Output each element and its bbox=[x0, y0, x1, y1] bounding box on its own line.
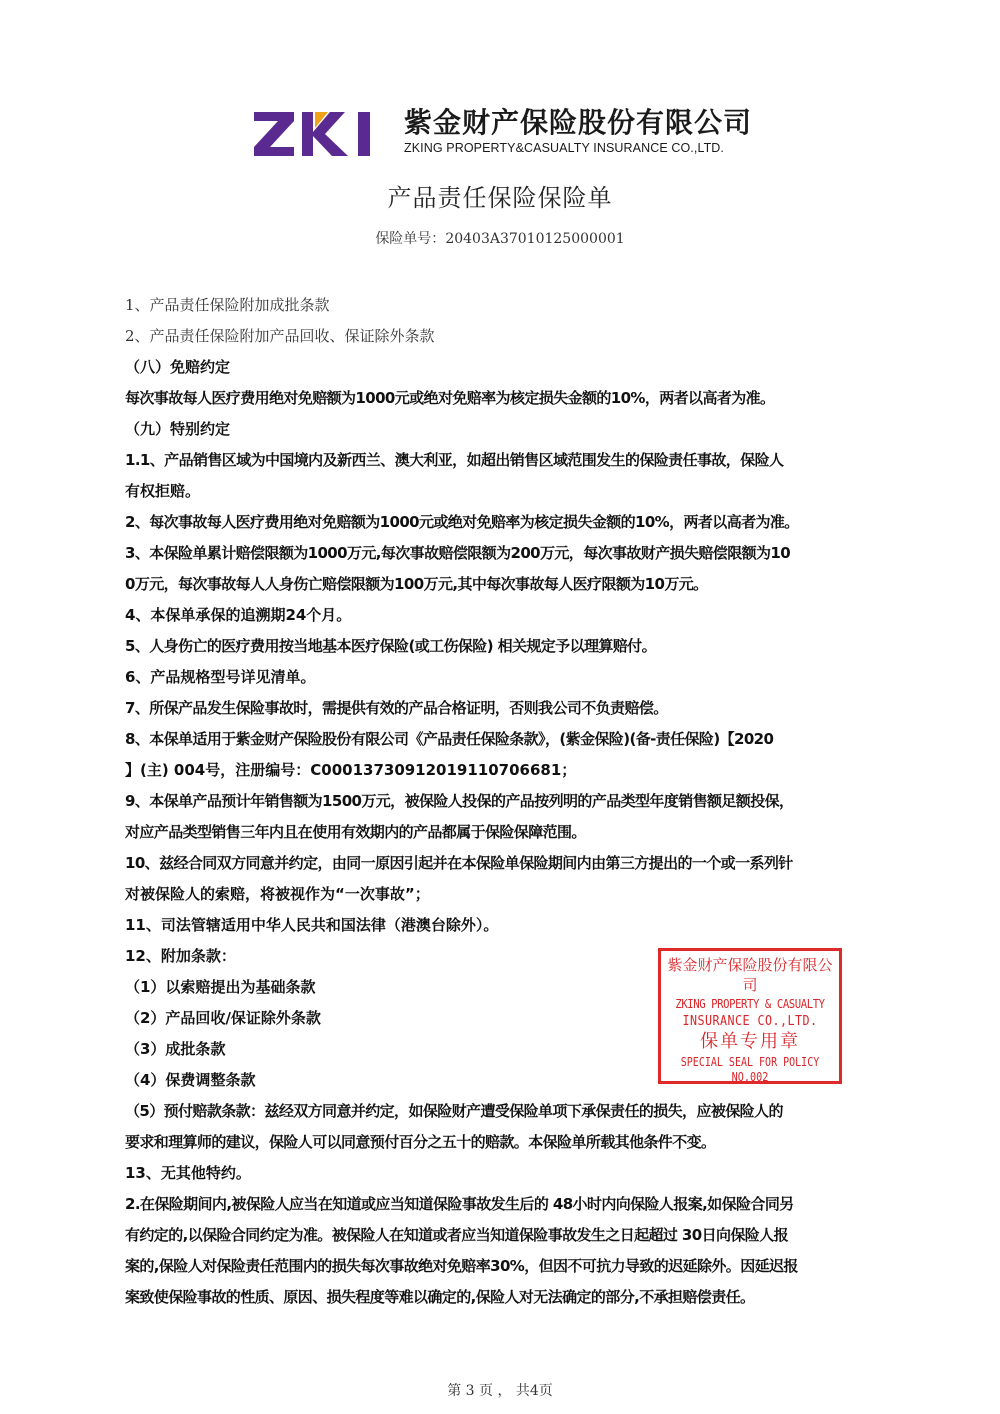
document-header: 紫金财产保险股份有限公司 ZKING PROPERTY&CASUALTY INS… bbox=[252, 108, 752, 160]
body-line: 0万元，每次事故每人人身伤亡赔偿限额为100万元,其中每次事故每人医疗限额为10… bbox=[125, 569, 910, 600]
body-line: 5、人身伤亡的医疗费用按当地基本医疗保险(或工伤保险) 相关规定予以理算赔付。 bbox=[125, 631, 910, 662]
body-line: 6、产品规格型号详见清单。 bbox=[125, 662, 910, 693]
body-line: 7、所保产品发生保险事故时，需提供有效的产品合格证明，否则我公司不负责赔偿。 bbox=[125, 693, 910, 724]
section-heading: （九）特别约定 bbox=[125, 414, 910, 445]
body-line: 有约定的,以保险合同约定为准。被保险人在知道或者应当知道保险事故发生之日起超过 … bbox=[125, 1220, 910, 1251]
body-line: 案致使保险事故的性质、原因、损失程度等难以确定的,保险人对无法确定的部分,不承担… bbox=[125, 1282, 910, 1313]
body-line: 对应产品类型销售三年内且在使用有效期内的产品都属于保险保障范围。 bbox=[125, 817, 910, 848]
company-name: 紫金财产保险股份有限公司 ZKING PROPERTY&CASUALTY INS… bbox=[404, 106, 764, 156]
stamp-company-cn: 紫金财产保险股份有限公司 bbox=[661, 955, 839, 995]
body-line: 1、产品责任保险附加成批条款 bbox=[125, 290, 910, 321]
body-line: 4、本保单承保的追溯期24个月。 bbox=[125, 600, 910, 631]
company-seal-stamp: 紫金财产保险股份有限公司 ZKING PROPERTY & CASUALTY I… bbox=[658, 948, 842, 1084]
body-line: 案的,保险人对保险责任范围内的损失每次事故绝对免赔率30%，但因不可抗力导致的迟… bbox=[125, 1251, 910, 1282]
company-name-en: ZKING PROPERTY&CASUALTY INSURANCE CO.,LT… bbox=[404, 140, 764, 156]
body-line: 9、本保单产品预计年销售额为1500万元，被保险人投保的产品按列明的产品类型年度… bbox=[125, 786, 910, 817]
body-line: 要求和理算师的建议，保险人可以同意预付百分之五十的赔款。本保险单所载其他条件不变… bbox=[125, 1127, 910, 1158]
policy-number-value: 20403A37010125000001 bbox=[445, 231, 624, 247]
page-indicator: 第 3 页 ， 共4页 bbox=[0, 1380, 1000, 1400]
body-line: 3、本保险单累计赔偿限额为1000万元,每次事故赔偿限额为200万元，每次事故财… bbox=[125, 538, 910, 569]
body-line: 1.1、产品销售区域为中国境内及新西兰、澳大利亚，如超出销售区域范围发生的保险责… bbox=[125, 445, 910, 476]
body-line: 2、产品责任保险附加产品回收、保证除外条款 bbox=[125, 321, 910, 352]
body-line: 13、无其他特约。 bbox=[125, 1158, 910, 1189]
document-body: 1、产品责任保险附加成批条款 2、产品责任保险附加产品回收、保证除外条款 （八）… bbox=[125, 290, 910, 1313]
body-line: 2.在保险期间内,被保险人应当在知道或应当知道保险事故发生后的 48小时内向保险… bbox=[125, 1189, 910, 1220]
body-line: 有权拒赔。 bbox=[125, 476, 910, 507]
clause-item: （5）预付赔款条款：兹经双方同意并约定，如保险财产遭受保险单项下承保责任的损失，… bbox=[125, 1096, 910, 1127]
stamp-number: NO.002 bbox=[674, 1070, 825, 1085]
body-line: 8、本保单适用于紫金财产保险股份有限公司《产品责任保险条款》，(紫金保险)(备-… bbox=[125, 724, 910, 755]
body-line: 11、司法管辖适用中华人民共和国法律（港澳台除外）。 bbox=[125, 910, 910, 941]
stamp-company-en-2: INSURANCE CO.,LTD. bbox=[670, 1013, 830, 1031]
body-line: 】(主) 004号，注册编号：C00013730912019110706681； bbox=[125, 755, 910, 786]
body-line: 2、每次事故每人医疗费用绝对免赔额为1000元或绝对免赔率为核定损失金额的10%… bbox=[125, 507, 910, 538]
zki-logo-icon bbox=[252, 108, 376, 158]
document-title: 产品责任保险保险单 bbox=[0, 178, 1000, 213]
body-line: 每次事故每人医疗费用绝对免赔额为1000元或绝对免赔率为核定损失金额的10%，两… bbox=[125, 383, 910, 414]
section-heading: （八）免赔约定 bbox=[125, 352, 910, 383]
policy-number-label: 保险单号： bbox=[375, 231, 445, 247]
body-line: 10、兹经合同双方同意并约定，由同一原因引起并在本保险单保险期间内由第三方提出的… bbox=[125, 848, 910, 879]
stamp-company-en-1: ZKING PROPERTY & CASUALTY bbox=[674, 995, 825, 1013]
policy-number: 保险单号：20403A37010125000001 bbox=[0, 228, 1000, 248]
body-line: 对被保险人的索赔，将被视作为“一次事故”； bbox=[125, 879, 910, 910]
stamp-seal-type-en: SPECIAL SEAL FOR POLICY bbox=[679, 1053, 821, 1070]
company-name-cn: 紫金财产保险股份有限公司 bbox=[404, 106, 764, 140]
stamp-seal-type-cn: 保单专用章 bbox=[661, 1031, 839, 1053]
